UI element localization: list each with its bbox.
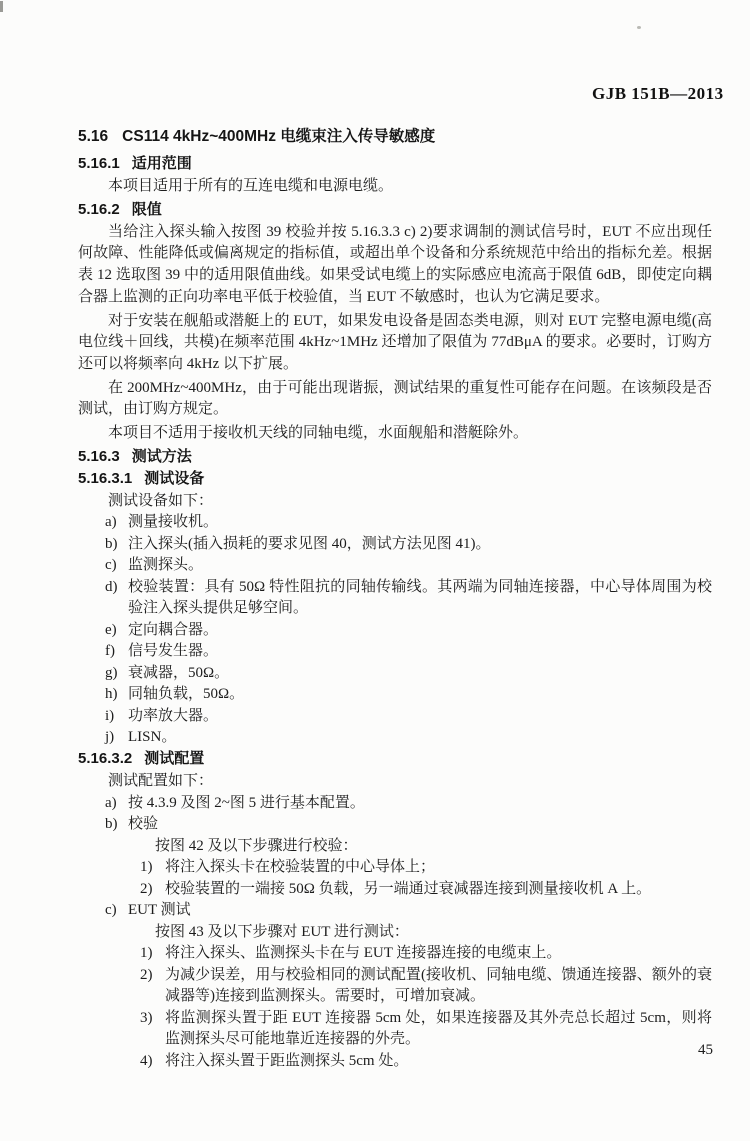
page-body: 5.16CS114 4kHz~400MHz 电缆束注入传导敏感度 5.16.1适… <box>78 127 712 1072</box>
item-marker: i) <box>105 706 128 728</box>
item-marker: b) <box>105 814 128 836</box>
page-number: 45 <box>698 1042 713 1059</box>
item-marker: 4) <box>140 1051 165 1073</box>
item-text: 校验装置的一端接 50Ω 负载，另一端通过衰减器连接到测量接收机 A 上。 <box>165 879 712 901</box>
item-text: 将监测探头置于距 EUT 连接器 5cm 处，如果连接器及其外壳总长超过 5cm… <box>165 1008 712 1051</box>
scan-artifact-speck <box>637 26 641 29</box>
list-item: e)定向耦合器。 <box>105 620 712 642</box>
sub-list-item: 4)将注入探头置于距监测探头 5cm 处。 <box>140 1051 712 1073</box>
list-item: b)注入探头(插入损耗的要求见图 40，测试方法见图 41)。 <box>105 534 712 556</box>
section-title: 测试设备 <box>144 470 204 487</box>
item-marker: 2) <box>140 965 165 987</box>
sub-list-intro: 按图 43 及以下步骤对 EUT 进行测试： <box>155 922 712 944</box>
sub-list-intro: 按图 42 及以下步骤进行校验： <box>155 836 712 858</box>
list-item: g)衰减器，50Ω。 <box>105 663 712 685</box>
item-text: 衰减器，50Ω。 <box>128 663 712 685</box>
section-number: 5.16.3 <box>78 448 120 465</box>
section-title: 限值 <box>132 201 162 218</box>
section-number: 5.16.3.2 <box>78 750 132 767</box>
section-number: 5.16.1 <box>78 155 120 172</box>
configuration-list: a)按 4.3.9 及图 2~图 5 进行基本配置。 b)校验 按图 42 及以… <box>105 793 712 1073</box>
list-item: d)校验装置：具有 50Ω 特性阻抗的同轴传输线。其两端为同轴连接器，中心导体周… <box>105 577 712 620</box>
sub-list-item: 3)将监测探头置于距 EUT 连接器 5cm 处，如果连接器及其外壳总长超过 5… <box>140 1008 712 1051</box>
item-marker: a) <box>105 512 128 534</box>
item-text: 校验装置：具有 50Ω 特性阻抗的同轴传输线。其两端为同轴连接器，中心导体周围为… <box>128 577 712 620</box>
item-marker: b) <box>105 534 128 556</box>
item-text: 按 4.3.9 及图 2~图 5 进行基本配置。 <box>128 793 712 815</box>
configuration-intro: 测试配置如下： <box>78 771 712 793</box>
item-marker: 2) <box>140 879 165 901</box>
paragraph-limit-3: 在 200MHz~400MHz，由于可能出现谐振，测试结果的重复性可能存在问题。… <box>78 378 712 421</box>
section-number: 5.16.2 <box>78 201 120 218</box>
list-item: h)同轴负载，50Ω。 <box>105 684 712 706</box>
sub-list-item: 2)为减少误差，用与校验相同的测试配置(接收机、同轴电缆、馈通连接器、额外的衰减… <box>140 965 712 1008</box>
item-marker: h) <box>105 684 128 706</box>
section-title: 测试配置 <box>144 750 204 767</box>
section-number: 5.16 <box>78 128 108 145</box>
item-text: 将注入探头卡在校验装置的中心导体上； <box>165 857 712 879</box>
section-number: 5.16.3.1 <box>78 470 132 487</box>
item-marker: d) <box>105 577 128 599</box>
equipment-list: a)测量接收机。 b)注入探头(插入损耗的要求见图 40，测试方法见图 41)。… <box>105 512 712 749</box>
item-marker: j) <box>105 727 128 749</box>
item-marker: 1) <box>140 943 165 965</box>
item-marker: c) <box>105 555 128 577</box>
sub-list-item: 1)将注入探头、监测探头卡在与 EUT 连接器连接的电缆束上。 <box>140 943 712 965</box>
paragraph-limit-2: 对于安装在舰船或潜艇上的 EUT，如果发电设备是固态类电源，则对 EUT 完整电… <box>78 311 712 376</box>
scanned-document-page: { "header": { "doc_number": "GJB 151B—20… <box>0 0 750 1141</box>
item-marker: c) <box>105 900 128 922</box>
item-text: 测量接收机。 <box>128 512 712 534</box>
sub-list-item: 2)校验装置的一端接 50Ω 负载，另一端通过衰减器连接到测量接收机 A 上。 <box>140 879 712 901</box>
item-text: 注入探头(插入损耗的要求见图 40，测试方法见图 41)。 <box>128 534 712 556</box>
item-text: 为减少误差，用与校验相同的测试配置(接收机、同轴电缆、馈通连接器、额外的衰减器等… <box>165 965 712 1008</box>
paragraph-limit-1: 当给注入探头输入按图 39 校验并按 5.16.3.3 c) 2)要求调制的测试… <box>78 222 712 309</box>
item-marker: 1) <box>140 857 165 879</box>
item-text: 将注入探头、监测探头卡在与 EUT 连接器连接的电缆束上。 <box>165 943 712 965</box>
list-item: a)测量接收机。 <box>105 512 712 534</box>
item-text: 功率放大器。 <box>128 706 712 728</box>
list-item: c)EUT 测试 <box>105 900 712 922</box>
item-marker: f) <box>105 641 128 663</box>
item-marker: a) <box>105 793 128 815</box>
section-heading-5-16-1: 5.16.1适用范围 <box>78 154 712 174</box>
section-heading-5-16-3-2: 5.16.3.2测试配置 <box>78 749 712 769</box>
sub-list-item: 1)将注入探头卡在校验装置的中心导体上； <box>140 857 712 879</box>
section-title: CS114 4kHz~400MHz 电缆束注入传导敏感度 <box>122 128 435 145</box>
scan-artifact-corner <box>0 1 3 12</box>
item-text: 定向耦合器。 <box>128 620 712 642</box>
paragraph-scope: 本项目适用于所有的互连电缆和电源电缆。 <box>78 176 712 198</box>
list-item: f)信号发生器。 <box>105 641 712 663</box>
item-text: 监测探头。 <box>128 555 712 577</box>
document-number-header: GJB 151B—2013 <box>592 84 712 104</box>
item-text: EUT 测试 <box>128 900 712 922</box>
item-text: LISN。 <box>128 727 712 749</box>
section-heading-5-16-2: 5.16.2限值 <box>78 200 712 220</box>
item-marker: 3) <box>140 1008 165 1030</box>
section-title: 适用范围 <box>132 155 192 172</box>
list-item: i)功率放大器。 <box>105 706 712 728</box>
item-text: 同轴负载，50Ω。 <box>128 684 712 706</box>
list-item: a)按 4.3.9 及图 2~图 5 进行基本配置。 <box>105 793 712 815</box>
list-item: b)校验 <box>105 814 712 836</box>
item-text: 信号发生器。 <box>128 641 712 663</box>
list-item: c)监测探头。 <box>105 555 712 577</box>
equipment-intro: 测试设备如下： <box>78 491 712 513</box>
section-heading-5-16-3-1: 5.16.3.1测试设备 <box>78 469 712 489</box>
section-heading-5-16: 5.16CS114 4kHz~400MHz 电缆束注入传导敏感度 <box>78 127 712 147</box>
section-title: 测试方法 <box>132 448 192 465</box>
list-item: j)LISN。 <box>105 727 712 749</box>
item-marker: e) <box>105 620 128 642</box>
section-heading-5-16-3: 5.16.3测试方法 <box>78 447 712 467</box>
item-text: 校验 <box>128 814 712 836</box>
item-marker: g) <box>105 663 128 685</box>
item-text: 将注入探头置于距监测探头 5cm 处。 <box>165 1051 712 1073</box>
paragraph-limit-4: 本项目不适用于接收机天线的同轴电缆，水面舰船和潜艇除外。 <box>78 423 712 445</box>
